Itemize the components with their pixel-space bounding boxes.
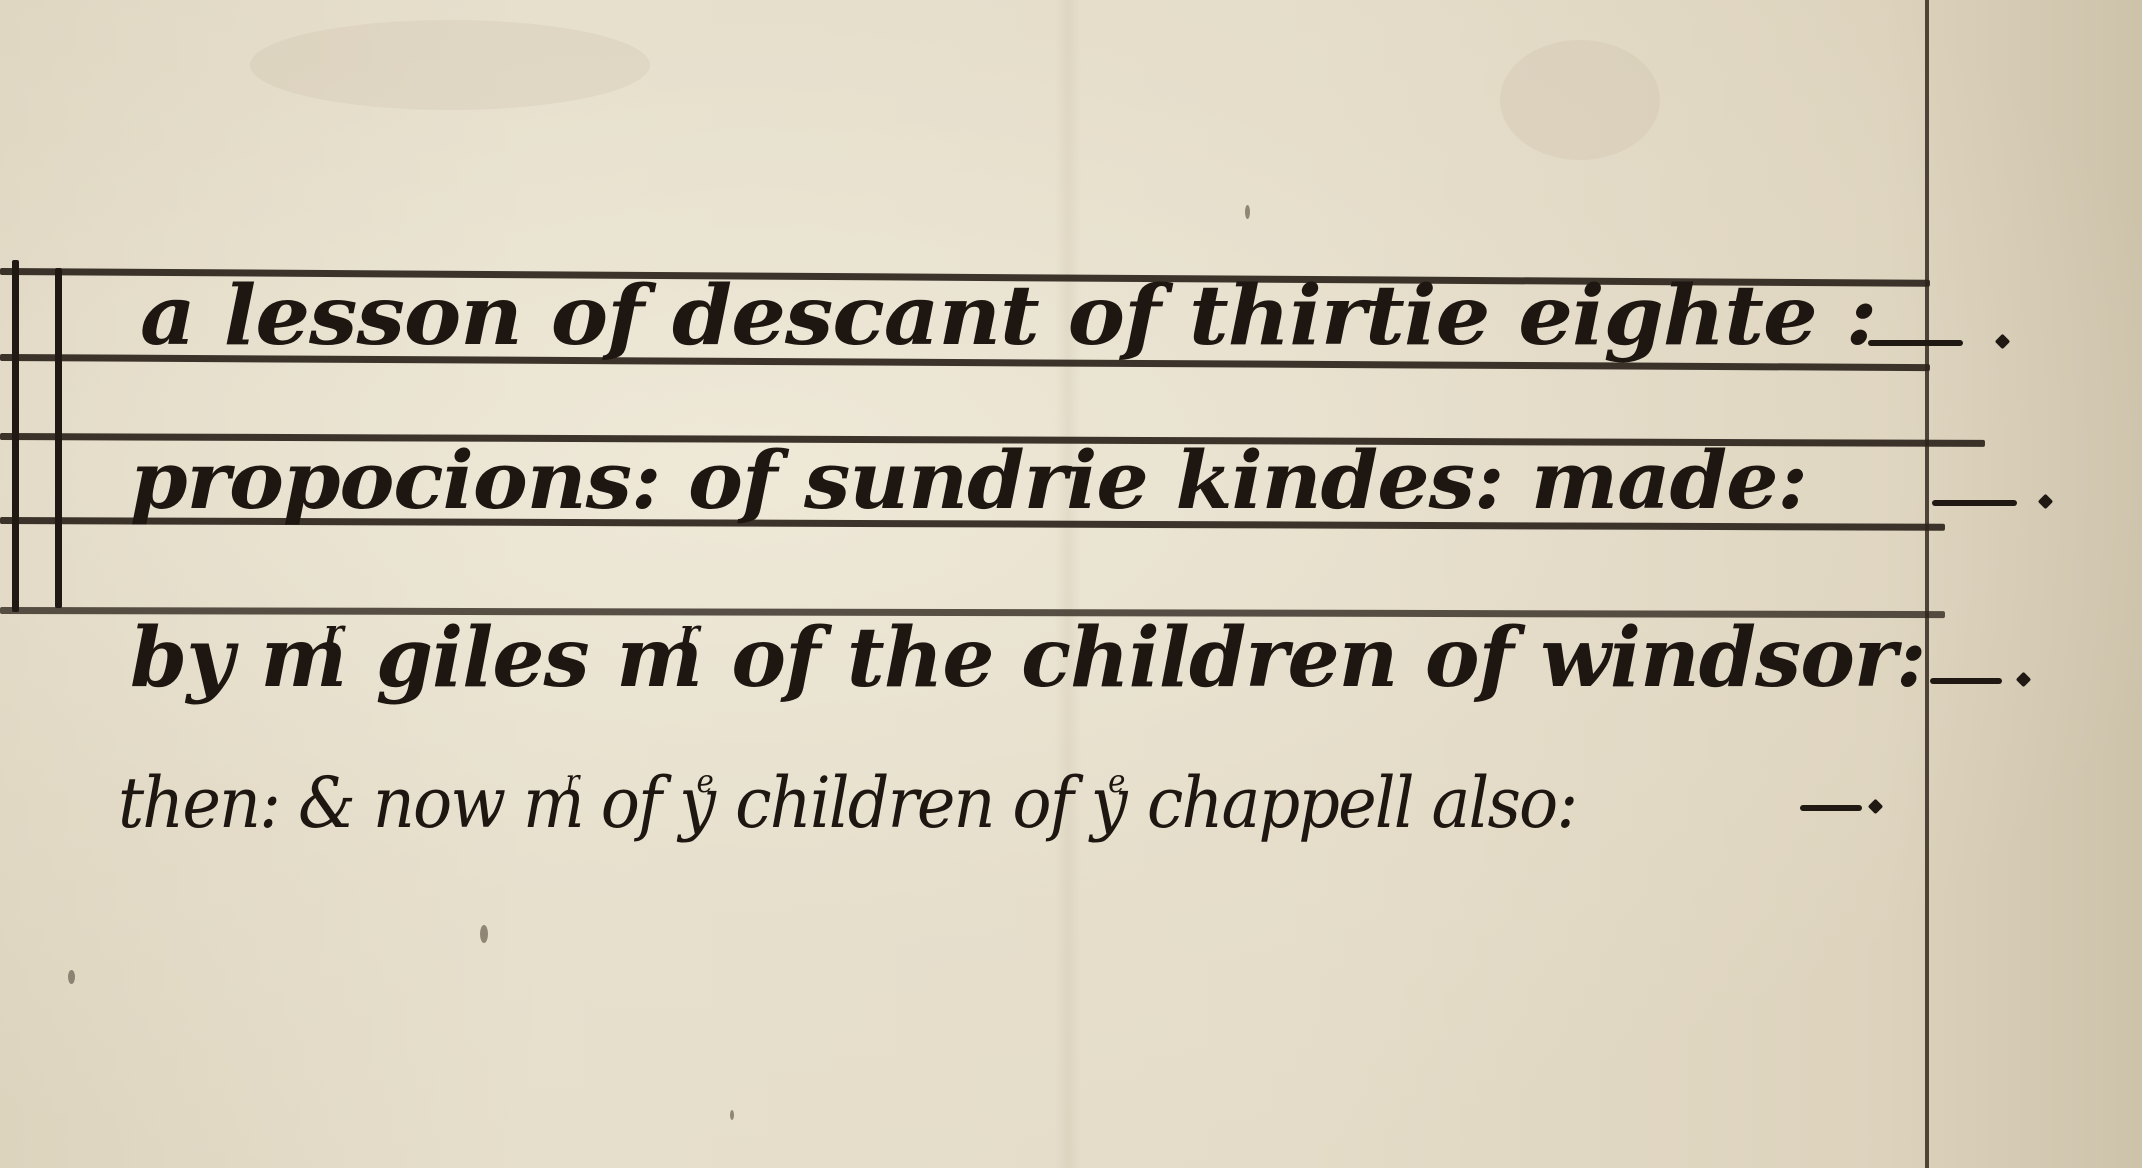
superscript-r: r [324,610,342,654]
line-end-dash-2 [1932,500,2017,506]
title-line-4: then: & now mr of ye children of ye chap… [118,762,1576,844]
text-fragment: by m [130,610,346,706]
text-fragment: of the children of windsor: [704,610,1926,706]
staff-barline-left [12,260,19,612]
right-margin-rule [1925,0,1929,1168]
line-end-dash-4 [1800,805,1862,811]
line-end-dot-2 [2038,494,2054,510]
line-end-dash-3 [1930,678,2002,684]
manuscript-page: a lesson of descant of thirtie eighte : … [0,0,2142,1168]
line-end-dot-4 [1868,799,1884,815]
title-line-1: a lesson of descant of thirtie eighte : [140,268,1876,364]
line-end-dot-3 [2016,672,2032,688]
paper-speck [480,925,488,943]
text-fragment: giles m [348,610,702,706]
line-end-dash-1 [1868,340,1963,346]
staff-barline-right [55,268,62,608]
text-fragment: children of y [716,762,1125,844]
paper-speck [68,970,75,984]
superscript-r: r [680,610,698,654]
paper-speck [1245,205,1250,219]
superscript-e: e [1108,764,1123,800]
superscript-e: e [696,764,711,800]
title-line-3: by mr giles mr of the children of windso… [130,610,1925,706]
title-line-2: propocions: of sundrie kindes: made: [130,433,1807,527]
paper-stain [250,20,650,110]
text-fragment: then: & now m [118,762,583,844]
line-end-dot-1 [1995,334,2011,350]
paper-stain [1500,40,1660,160]
paper-speck [730,1110,734,1120]
text-fragment: chappell also: [1128,762,1576,844]
page-fold-shadow [1055,0,1081,1168]
superscript-r: r [565,764,577,800]
text-fragment: of y [582,762,714,844]
